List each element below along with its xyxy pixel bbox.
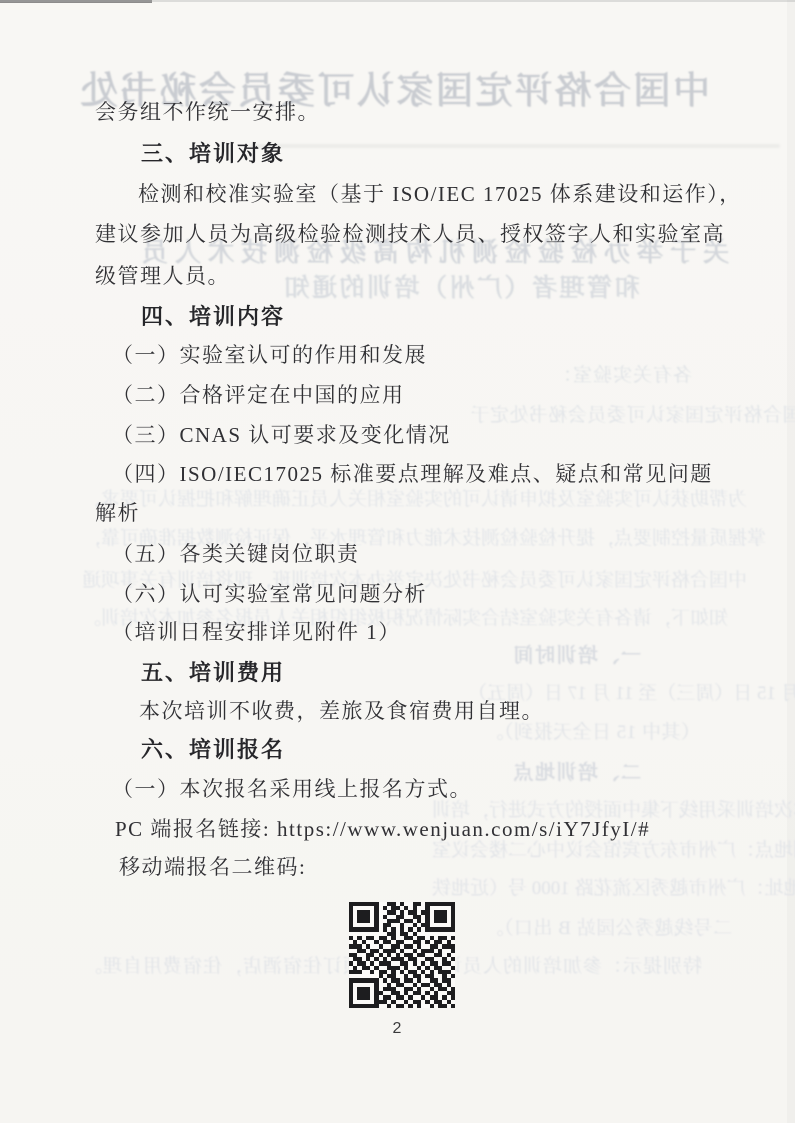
paragraph-line: 建议参加人员为高级检验检测技术人员、授权签字人和实验室高 [95, 222, 725, 247]
section-heading-6: 六、培训报名 [141, 737, 285, 763]
paragraph-continuation: 会务组不作统一安排。 [95, 100, 320, 125]
section-heading-3: 三、培训对象 [141, 141, 285, 167]
section-heading-5: 五、培训费用 [141, 660, 285, 686]
list-item-continuation: 解析 [95, 501, 140, 526]
list-item: （一）本次报名采用线上报名方式。 [112, 777, 472, 802]
paragraph-line: 本次培训不收费，差旅及食宿费用自理。 [139, 699, 544, 724]
page-number: 2 [0, 1020, 795, 1038]
registration-url: PC 端报名链接: https://www.wenjuan.com/s/iY7J… [115, 817, 650, 842]
list-item: （五）各类关键岗位职责 [112, 542, 360, 567]
registration-qr-code [349, 902, 455, 1008]
paragraph-line: 级管理人员。 [95, 264, 230, 289]
paragraph-line: 检测和校准实验室（基于 ISO/IEC 17025 体系建设和运作）， [138, 182, 742, 207]
list-item: （三）CNAS 认可要求及变化情况 [112, 423, 451, 448]
schedule-note: （培训日程安排详见附件 1） [112, 620, 401, 645]
qr-caption: 移动端报名二维码: [119, 855, 306, 880]
section-heading-4: 四、培训内容 [141, 304, 285, 330]
list-item: （二）合格评定在中国的应用 [112, 383, 405, 408]
scanned-page: 中国合格评定国家认可委员会秘书处关于举办检验检测机构高级检测技术人员和管理者（广… [0, 0, 795, 1123]
list-item: （四）ISO/IEC17025 标准要点理解及难点、疑点和常见问题 [112, 462, 713, 487]
list-item: （一）实验室认可的作用和发展 [112, 343, 427, 368]
list-item: （六）认可实验室常见问题分析 [112, 582, 427, 607]
